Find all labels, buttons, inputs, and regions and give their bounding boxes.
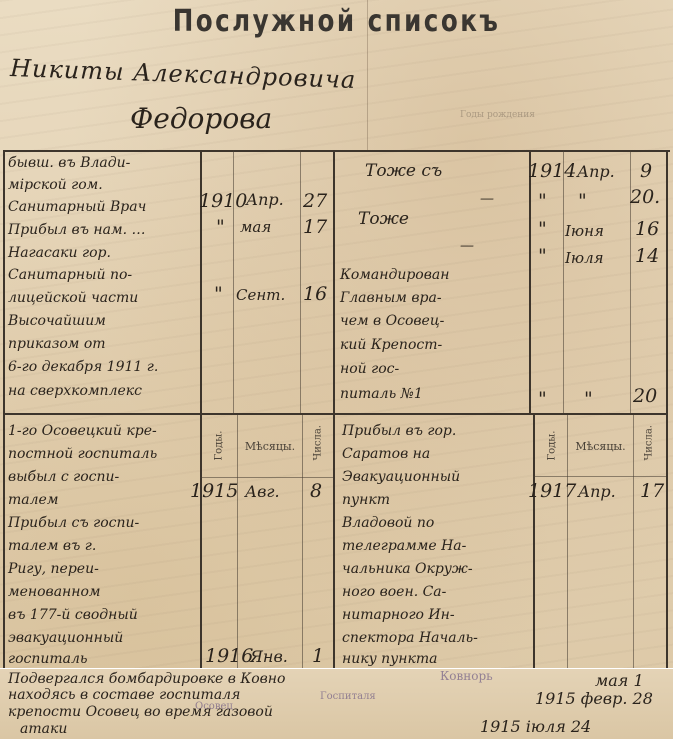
text-line: ной гос- bbox=[340, 358, 399, 381]
entry-month: Іюля bbox=[565, 249, 604, 267]
text-line: постной госпиталь bbox=[8, 443, 157, 466]
entry-month: мая bbox=[240, 218, 271, 236]
annotation-strip: Подвергался бомбардировке в Ковно находя… bbox=[0, 668, 673, 739]
entry-month: Апр. bbox=[577, 162, 615, 181]
text-line: Прибыл съ госпи- bbox=[8, 512, 139, 535]
text-line: 1-го Осовецкий кре- bbox=[8, 420, 157, 443]
entry-year: 1910 bbox=[199, 190, 247, 212]
text-line: Нагасаки гор. bbox=[8, 242, 111, 265]
top-right-divider bbox=[529, 150, 531, 413]
faint-printed-label: Годы рождения bbox=[460, 110, 535, 120]
strip-entry: мая 1 bbox=[595, 671, 644, 690]
entry-year: " bbox=[214, 283, 223, 305]
entry-year: " bbox=[538, 218, 547, 240]
text-line: Санитарный по- bbox=[8, 264, 132, 287]
stamp-text: Осовец bbox=[195, 701, 233, 712]
name-line-2: Федорова bbox=[130, 102, 272, 135]
text-line: Тоже bbox=[358, 208, 409, 231]
entry-day: 16 bbox=[635, 218, 659, 240]
strip-entry: 1915 февр. 28 bbox=[535, 689, 653, 708]
entry-day: 17 bbox=[640, 480, 664, 502]
text-line: Саратов на bbox=[342, 443, 430, 466]
entry-month: Апр. bbox=[246, 190, 284, 209]
entry-year: 1915 bbox=[190, 480, 238, 502]
text-line: чем в Осовец- bbox=[340, 310, 444, 333]
entry-month: Іюня bbox=[565, 222, 604, 240]
header-years: Годы. bbox=[547, 431, 558, 461]
entry-month: " bbox=[578, 190, 587, 212]
entry-year: " bbox=[538, 190, 547, 212]
entry-year: 1916 bbox=[205, 645, 253, 667]
bottom-right-divider bbox=[533, 415, 535, 668]
center-divider bbox=[333, 150, 335, 668]
entry-day: 20. bbox=[630, 186, 660, 208]
text-line: телеграмме На- bbox=[342, 535, 466, 558]
text-line: мірской гом. bbox=[8, 174, 103, 197]
text-line: — bbox=[480, 188, 494, 211]
bottom-left-header-line bbox=[200, 477, 333, 478]
text-line: въ 177-й сводный bbox=[8, 604, 138, 627]
header-days: Числа. bbox=[313, 431, 324, 461]
entry-year: " bbox=[538, 245, 547, 267]
text-line: на сверхкомплекс bbox=[8, 380, 142, 403]
strip-line: Подвергался бомбардировке в Ковно bbox=[8, 671, 285, 687]
entry-day: 17 bbox=[303, 216, 327, 238]
text-line: Прибыл въ нам. … bbox=[8, 219, 146, 242]
header-months: Мѣсяцы. bbox=[238, 440, 302, 453]
strip-entry: 1915 іюля 24 bbox=[480, 717, 591, 736]
entry-month: Сент. bbox=[236, 286, 285, 304]
text-line: Тоже съ bbox=[365, 160, 442, 183]
strip-line: крепости Осовец во время газовой bbox=[8, 704, 273, 720]
text-line: Санитарный Врач bbox=[8, 196, 146, 219]
section-divider bbox=[3, 413, 668, 415]
text-line: Высочайшим bbox=[8, 310, 106, 333]
text-line: талем bbox=[8, 489, 58, 512]
text-line: Ригу, переи- bbox=[8, 558, 99, 581]
header-days: Числа. bbox=[644, 431, 655, 461]
left-border bbox=[3, 150, 5, 668]
text-line: чальника Окруж- bbox=[342, 558, 473, 581]
right-border bbox=[666, 150, 668, 668]
text-line: Главным вра- bbox=[340, 287, 442, 310]
header-months: Мѣсяцы. bbox=[568, 440, 633, 453]
entry-month: Янв. bbox=[250, 647, 288, 666]
text-line: — bbox=[460, 235, 474, 258]
text-line: питаль №1 bbox=[340, 383, 423, 406]
text-line: Командирован bbox=[340, 264, 449, 287]
entry-year: 1917 bbox=[528, 480, 576, 502]
text-line: Эвакуационный bbox=[342, 466, 460, 489]
entry-day: 1 bbox=[312, 645, 324, 667]
text-line: спектора Началь- bbox=[342, 627, 478, 650]
entry-day: 27 bbox=[303, 190, 327, 212]
top-right-year-line bbox=[563, 150, 564, 413]
top-left-month-line bbox=[300, 150, 301, 413]
text-line: талем въ г. bbox=[8, 535, 96, 558]
text-line: Владовой по bbox=[342, 512, 434, 535]
text-line: 6-го декабря 1911 г. bbox=[8, 356, 158, 379]
bottom-left-month-line bbox=[302, 415, 303, 668]
text-line: приказом от bbox=[8, 333, 106, 356]
text-line: пункт bbox=[342, 489, 390, 512]
text-line: нитарного Ин- bbox=[342, 604, 455, 627]
text-line: лицейской части bbox=[8, 287, 138, 310]
text-line: эвакуационный bbox=[8, 627, 123, 650]
entry-month: Апр. bbox=[578, 482, 616, 501]
entry-day: 8 bbox=[310, 480, 322, 502]
entry-day: 14 bbox=[635, 245, 659, 267]
header-years: Годы. bbox=[214, 431, 225, 461]
strip-line: атаки bbox=[20, 721, 67, 737]
text-line: кий Крепост- bbox=[340, 334, 442, 357]
stamp-text: Госпиталя bbox=[320, 691, 376, 702]
text-line: выбыл с госпи- bbox=[8, 466, 119, 489]
stamp-text: Ковнорь bbox=[440, 669, 493, 683]
entry-day: 9 bbox=[640, 160, 652, 182]
entry-day: 16 bbox=[303, 283, 327, 305]
text-line: ного воен. Са- bbox=[342, 581, 446, 604]
bottom-right-month-line bbox=[633, 415, 634, 668]
entry-month: Авг. bbox=[245, 482, 280, 501]
text-line: Прибыл въ гор. bbox=[342, 420, 456, 443]
bottom-left-divider bbox=[200, 415, 202, 668]
entry-year: 1914 bbox=[528, 160, 576, 182]
text-line: менованном bbox=[8, 581, 101, 604]
text-line: бывш. въ Влади- bbox=[8, 152, 130, 175]
entry-year: " bbox=[538, 388, 547, 410]
entry-day: 20 bbox=[633, 385, 657, 407]
entry-year: " bbox=[216, 216, 225, 238]
bottom-right-header-line bbox=[533, 476, 666, 477]
entry-month: " bbox=[584, 388, 593, 410]
document-title: Послужной списокъ bbox=[61, 4, 613, 39]
